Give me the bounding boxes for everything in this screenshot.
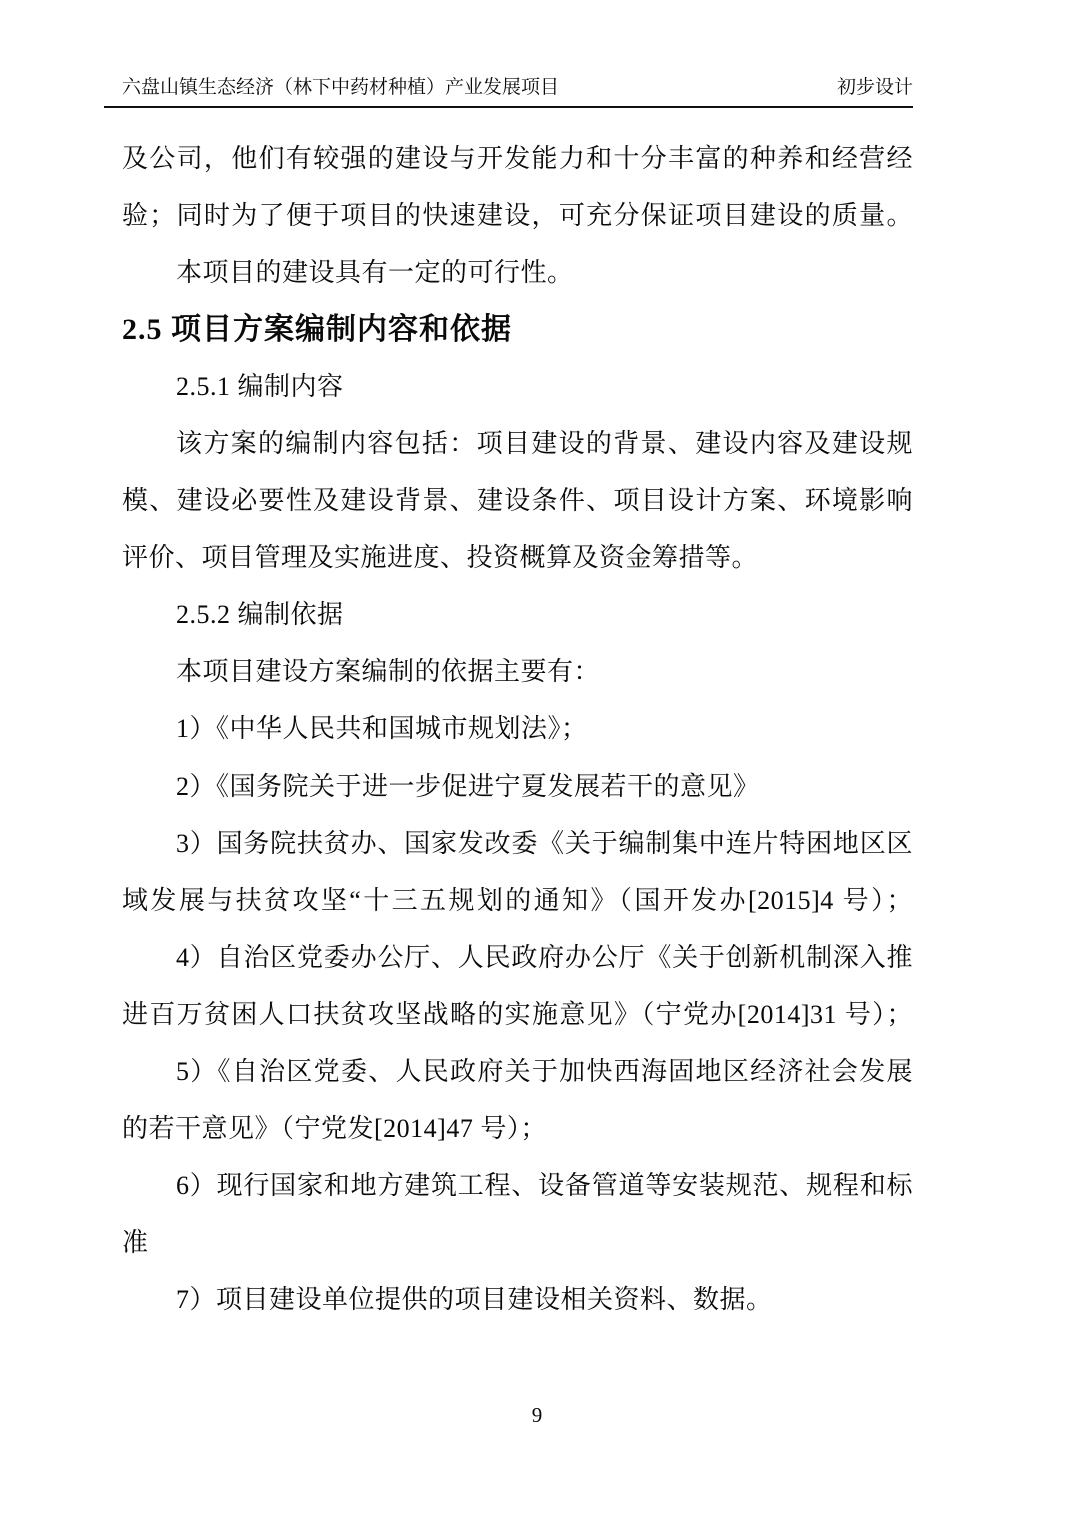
text-line: 模、建设必要性及建设背景、建设条件、项目设计方案、环境影响 [122, 472, 913, 529]
text-line: 本项目的建设具有一定的可行性。 [122, 244, 913, 301]
text-line: 评价、项目管理及实施进度、投资概算及资金筹措等。 [122, 529, 913, 586]
header-project-title: 六盘山镇生态经济（林下中药材种植）产业发展项目 [122, 76, 559, 100]
text-line: 该方案的编制内容包括：项目建设的背景、建设内容及建设规 [122, 415, 913, 472]
text-line: 2.5.1 编制内容 [122, 358, 913, 415]
text-line: 进百万贫困人口扶贫攻坚战略的实施意见》（宁党办[2014]31 号）； [122, 986, 913, 1043]
document-page: 六盘山镇生态经济（林下中药材种植）产业发展项目 初步设计 及公司，他们有较强的建… [0, 0, 1074, 1520]
section-heading: 2.5 项目方案编制内容和依据 [122, 301, 913, 358]
text-line: 2.5.2 编制依据 [122, 586, 913, 643]
page-footer: 9 [0, 1400, 1074, 1430]
text-line: 4）自治区党委办公厅、人民政府办公厅《关于创新机制深入推 [122, 929, 913, 986]
text-line: 准 [122, 1214, 913, 1271]
text-line: 5）《自治区党委、人民政府关于加快西海固地区经济社会发展 [122, 1043, 913, 1100]
text-line: 域发展与扶贫攻坚“十三五规划的通知》（国开发办[2015]4 号）； [122, 872, 913, 929]
text-line: 本项目建设方案编制的依据主要有： [122, 643, 913, 700]
page-header: 六盘山镇生态经济（林下中药材种植）产业发展项目 初步设计 [122, 76, 913, 100]
header-rule [104, 106, 913, 108]
page-number: 9 [532, 1403, 543, 1427]
text-line: 的若干意见》（宁党发[2014]47 号）； [122, 1100, 913, 1157]
text-line: 验；同时为了便于项目的快速建设，可充分保证项目建设的质量。 [122, 187, 913, 244]
header-doc-type: 初步设计 [837, 76, 913, 100]
text-line: 6）现行国家和地方建筑工程、设备管道等安装规范、规程和标 [122, 1157, 913, 1214]
text-line: 7）项目建设单位提供的项目建设相关资料、数据。 [122, 1271, 913, 1328]
text-line: 及公司，他们有较强的建设与开发能力和十分丰富的种养和经营经 [122, 130, 913, 187]
text-line: 1）《中华人民共和国城市规划法》； [122, 700, 913, 757]
text-line: 3）国务院扶贫办、国家发改委《关于编制集中连片特困地区区 [122, 815, 913, 872]
text-line: 2）《国务院关于进一步促进宁夏发展若干的意见》 [122, 758, 913, 815]
document-body: 及公司，他们有较强的建设与开发能力和十分丰富的种养和经营经验；同时为了便于项目的… [122, 130, 913, 1328]
